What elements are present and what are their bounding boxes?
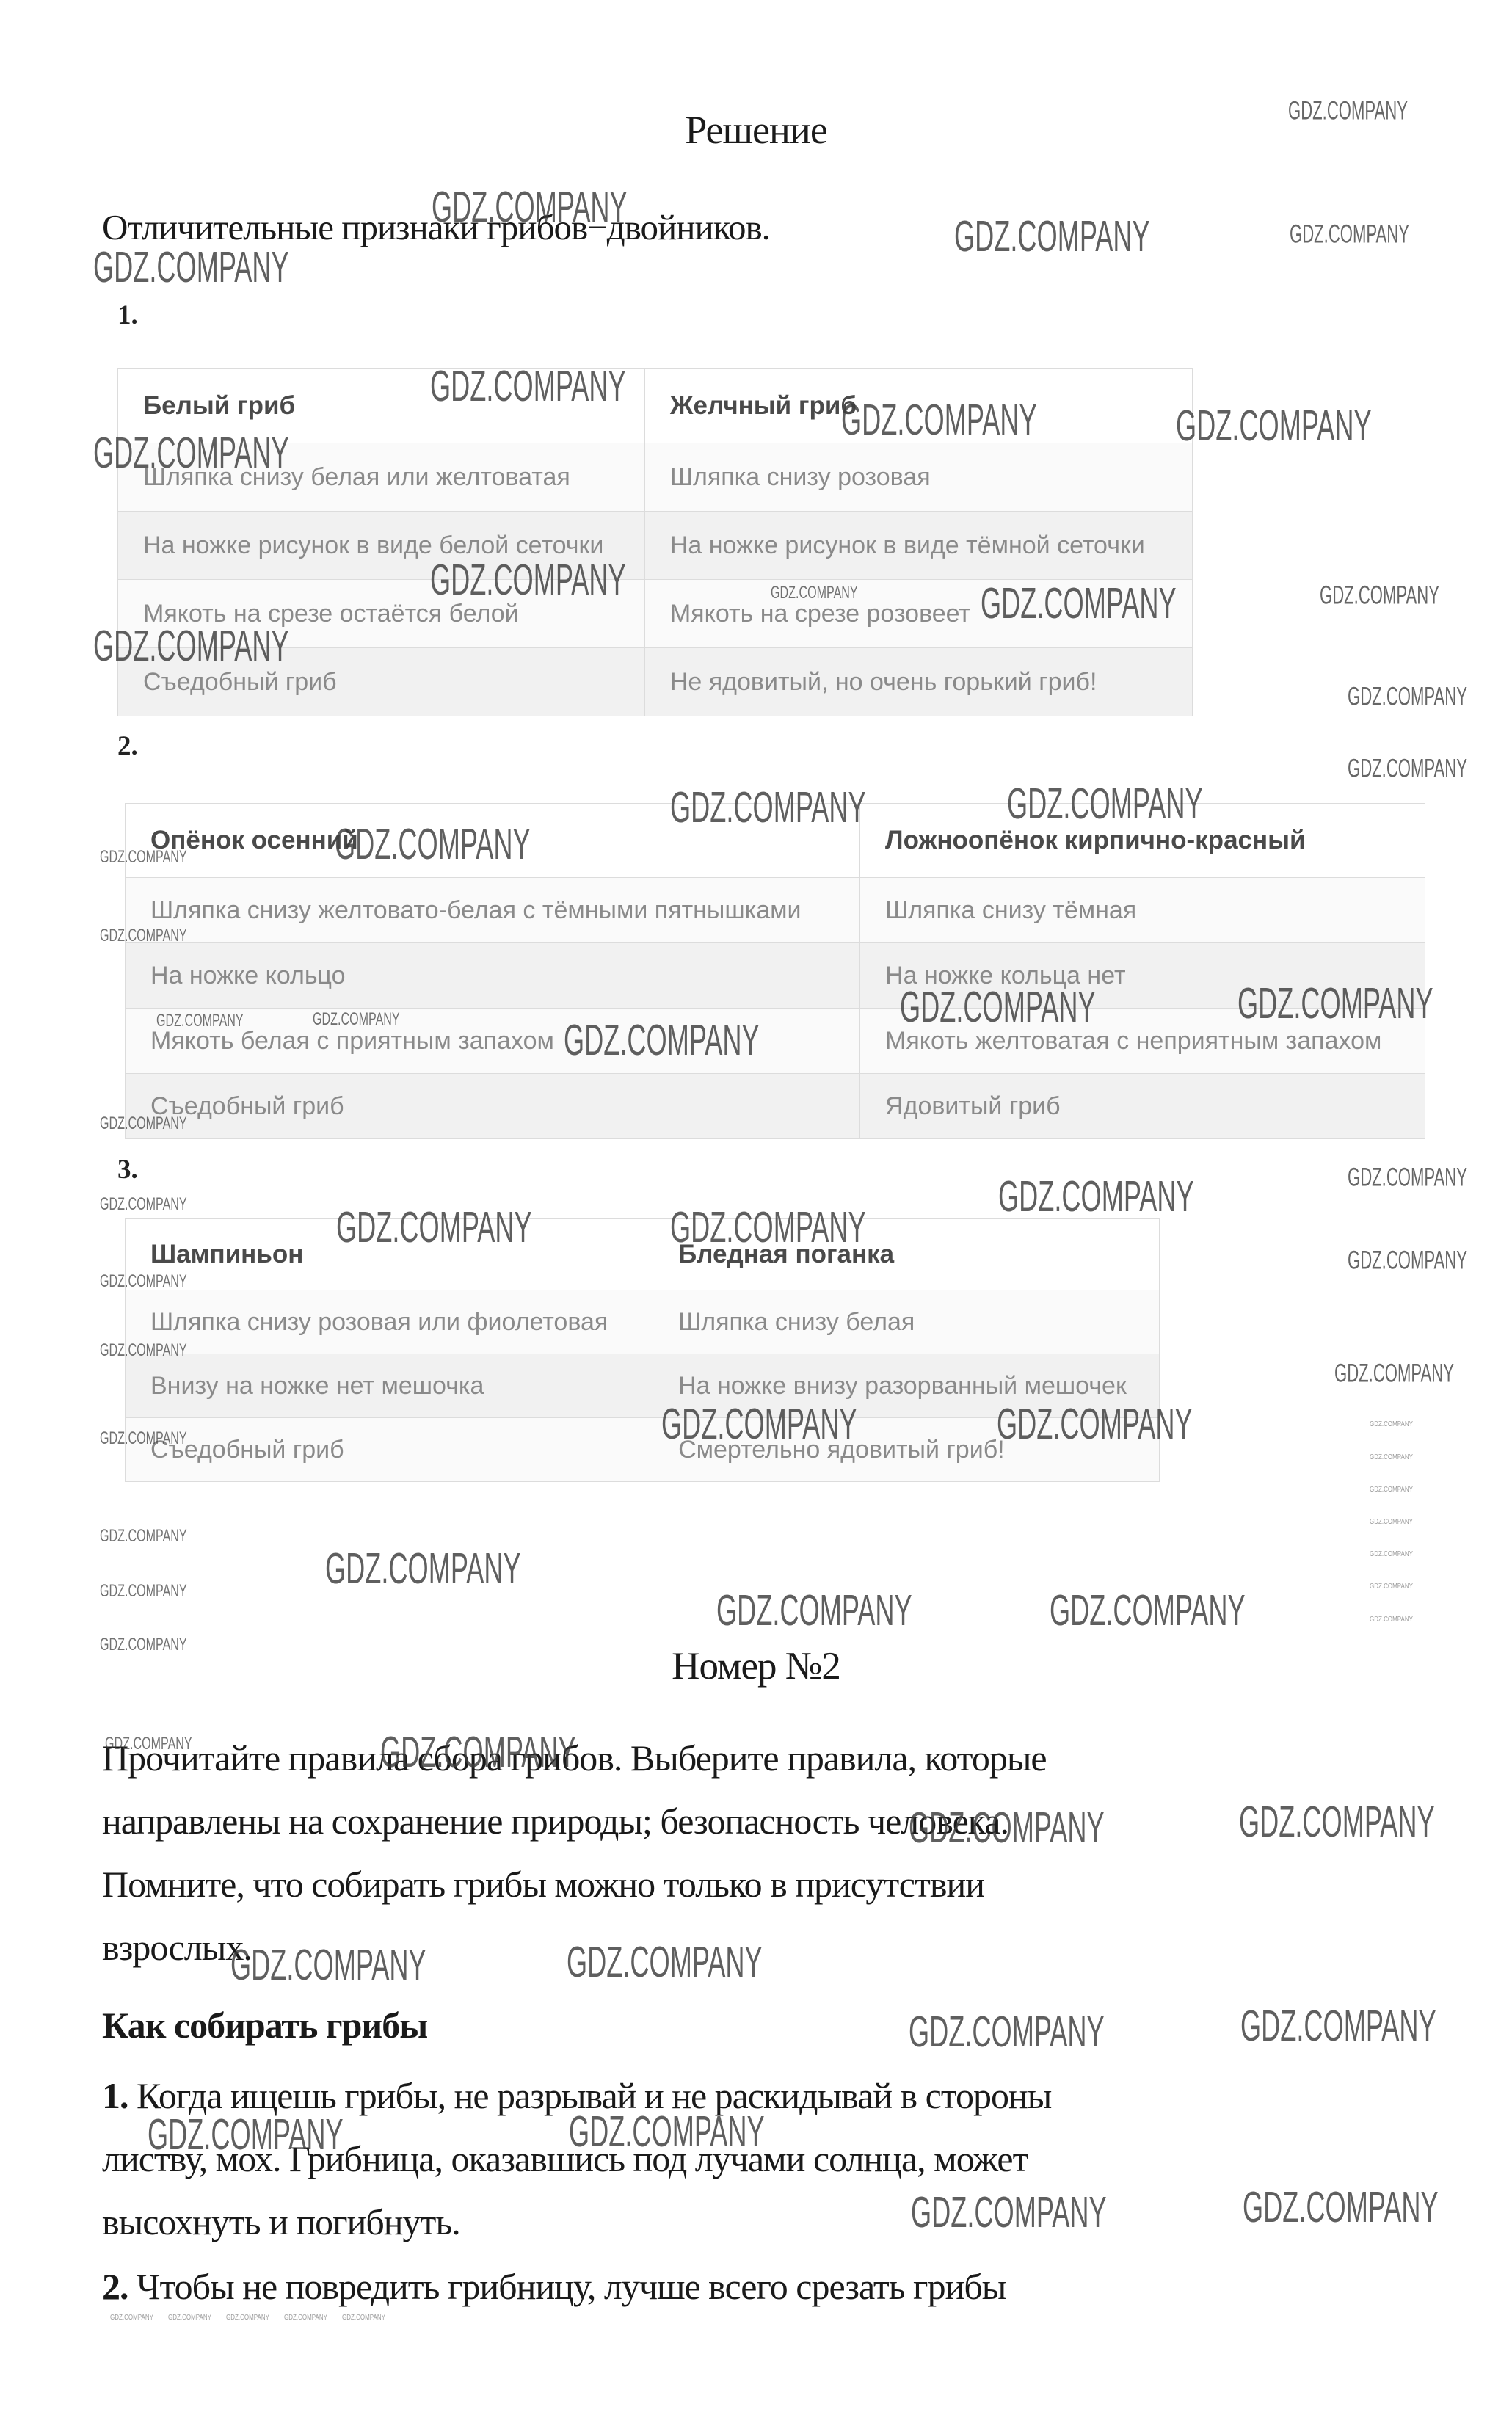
table-cell: Съедобный гриб (126, 1074, 859, 1138)
gdz-watermark: GDZ.COMPANY (1348, 681, 1467, 711)
gdz-watermark: GDZ.COMPANY (100, 1194, 187, 1214)
table-cell: Шляпка снизу белая (653, 1290, 1159, 1354)
how-to-collect-heading: Как собирать грибы (102, 2004, 427, 2046)
gdz-watermark: GDZ.COMPANY (1176, 401, 1372, 451)
gdz-watermark: GDZ.COMPANY (1240, 2001, 1436, 2051)
gdz-watermark: GDZ.COMPANY (1370, 1420, 1413, 1428)
table-header-cell: Шампиньон (126, 1219, 653, 1290)
table-row: Шляпка снизу белая или желтоватаяШляпка … (118, 443, 1192, 511)
item-number: 1. (102, 2075, 137, 2116)
gdz-watermark: GDZ.COMPANY (100, 1580, 187, 1601)
gdz-watermark: GDZ.COMPANY (1370, 1583, 1413, 1591)
gdz-watermark: GDZ.COMPANY (1370, 1453, 1413, 1461)
table-header-row: Белый грибЖелчный гриб (118, 369, 1192, 443)
text-line: направлены на сохранение природы; безопа… (102, 1790, 1409, 1853)
table-cell: Мякоть на срезе остаётся белой (118, 580, 644, 647)
task-intro-paragraph: Прочитайте правила сбора грибов. Выберит… (102, 1726, 1409, 1979)
table-row: Шляпка снизу розовая или фиолетоваяШляпк… (126, 1290, 1159, 1354)
mushroom-table-3: ШампиньонБледная поганкаШляпка снизу роз… (125, 1218, 1160, 1482)
gdz-watermark: GDZ.COMPANY (1370, 1486, 1413, 1494)
table-cell: Смертельно ядовитый гриб! (653, 1418, 1159, 1481)
document-page: Решение Отличительные признаки грибов−дв… (0, 0, 1512, 2423)
gdz-watermark: GDZ.COMPANY (1320, 580, 1439, 610)
table-header-cell: Белый гриб (118, 369, 644, 443)
table-header-cell: Бледная поганка (653, 1219, 1159, 1290)
table-header-row: Опёнок осеннийЛожноопёнок кирпично-красн… (126, 804, 1425, 877)
text-line: 1. Когда ищешь грибы, не разрывай и не р… (102, 2064, 1409, 2127)
table-cell: Шляпка снизу желтовато-белая с тёмными п… (126, 878, 859, 942)
gdz-watermark: GDZ.COMPANY (1348, 1162, 1467, 1192)
gdz-watermark: GDZ.COMPANY (1370, 1518, 1413, 1526)
table-row: Мякоть белая с приятным запахомМякоть же… (126, 1008, 1425, 1073)
gdz-watermark: GDZ.COMPANY (325, 1544, 521, 1594)
table-cell: Шляпка снизу белая или желтоватая (118, 443, 644, 511)
table-cell: На ножке внизу разорванный мешочек (653, 1354, 1159, 1417)
table-cell: Внизу на ножке нет мешочка (126, 1354, 653, 1417)
table-cell: Шляпка снизу розовая или фиолетовая (126, 1290, 653, 1354)
text-line: листву, мох. Грибница, оказавшись под лу… (102, 2127, 1409, 2190)
gdz-watermark: GDZ.COMPANY (1370, 1550, 1413, 1558)
rule-item-1: 1. Когда ищешь грибы, не разрывай и не р… (102, 2064, 1409, 2253)
gdz-watermark: GDZ.COMPANY (93, 242, 289, 292)
gdz-watermark: GDZ.COMPANY (998, 1171, 1194, 1221)
gdz-watermark: GDZ.COMPANY (954, 211, 1150, 261)
gdz-watermark: GDZ.COMPANY (1348, 753, 1467, 783)
item-number: 2. (102, 2266, 137, 2307)
gdz-watermark: GDZ.COMPANY (1370, 1616, 1413, 1624)
table-cell: На ножке рисунок в виде белой сеточки (118, 512, 644, 579)
table-cell: На ножке рисунок в виде тёмной сеточки (644, 512, 1192, 579)
solution-title: Решение (0, 107, 1512, 153)
text-line: взрослых. (102, 1916, 1409, 1979)
gdz-watermark: GDZ.COMPANY (909, 2007, 1105, 2057)
table-cell: Шляпка снизу розовая (644, 443, 1192, 511)
table-row: Съедобный грибЯдовитый гриб (126, 1073, 1425, 1138)
text-line: высохнуть и погибнуть. (102, 2190, 1409, 2253)
gdz-watermark: GDZ.COMPANY (716, 1585, 912, 1635)
page-subtitle: Отличительные признаки грибов−двойников. (102, 206, 770, 248)
task-number-title: Номер №2 (0, 1644, 1512, 1688)
table-header-cell: Желчный гриб (644, 369, 1192, 443)
table-cell: Съедобный гриб (126, 1418, 653, 1481)
table-row: Шляпка снизу желтовато-белая с тёмными п… (126, 877, 1425, 942)
text-line: Помните, что собирать грибы можно только… (102, 1853, 1409, 1916)
table-row: Съедобный грибНе ядовитый, но очень горь… (118, 647, 1192, 716)
table-row: На ножке рисунок в виде белой сеточкиНа … (118, 511, 1192, 579)
table-cell: Мякоть желтоватая с неприятным запахом (859, 1009, 1425, 1073)
table-cell: Съедобный гриб (118, 648, 644, 716)
table-1-marker: 1. (117, 299, 138, 331)
text-line: Прочитайте правила сбора грибов. Выберит… (102, 1726, 1409, 1790)
table-cell: Шляпка снизу тёмная (859, 878, 1425, 942)
table-row: Внизу на ножке нет мешочкаНа ножке внизу… (126, 1354, 1159, 1417)
gdz-watermark: GDZ.COMPANY (100, 1525, 187, 1546)
table-cell: На ножке кольца нет (859, 943, 1425, 1008)
table-header-cell: Опёнок осенний (126, 804, 859, 877)
table-row: На ножке кольцоНа ножке кольца нет (126, 942, 1425, 1008)
gdz-watermark: GDZ.COMPANY (1334, 1358, 1454, 1388)
gdz-watermark: GDZ.COMPANY (1290, 219, 1409, 249)
table-row: Мякоть на срезе остаётся белойМякоть на … (118, 579, 1192, 647)
table-header-row: ШампиньонБледная поганка (126, 1219, 1159, 1290)
table-cell: Не ядовитый, но очень горький гриб! (644, 648, 1192, 716)
table-cell: Ядовитый гриб (859, 1074, 1425, 1138)
gdz-watermark: GDZ.COMPANY (1050, 1585, 1246, 1635)
text-line: 2. Чтобы не повредить грибницу, лучше вс… (102, 2255, 1438, 2318)
mushroom-table-2: Опёнок осеннийЛожноопёнок кирпично-красн… (125, 803, 1425, 1139)
table-2-marker: 2. (117, 730, 138, 762)
gdz-watermark: GDZ.COMPANY (1348, 1245, 1467, 1275)
rule-item-2: 2. Чтобы не повредить грибницу, лучше вс… (102, 2255, 1438, 2318)
table-cell: Мякоть белая с приятным запахом (126, 1009, 859, 1073)
table-3-marker: 3. (117, 1154, 138, 1185)
table-row: Съедобный грибСмертельно ядовитый гриб! (126, 1417, 1159, 1481)
table-cell: Мякоть на срезе розовеет (644, 580, 1192, 647)
table-cell: На ножке кольцо (126, 943, 859, 1008)
mushroom-table-1: Белый грибЖелчный грибШляпка снизу белая… (117, 368, 1193, 716)
table-header-cell: Ложноопёнок кирпично-красный (859, 804, 1425, 877)
